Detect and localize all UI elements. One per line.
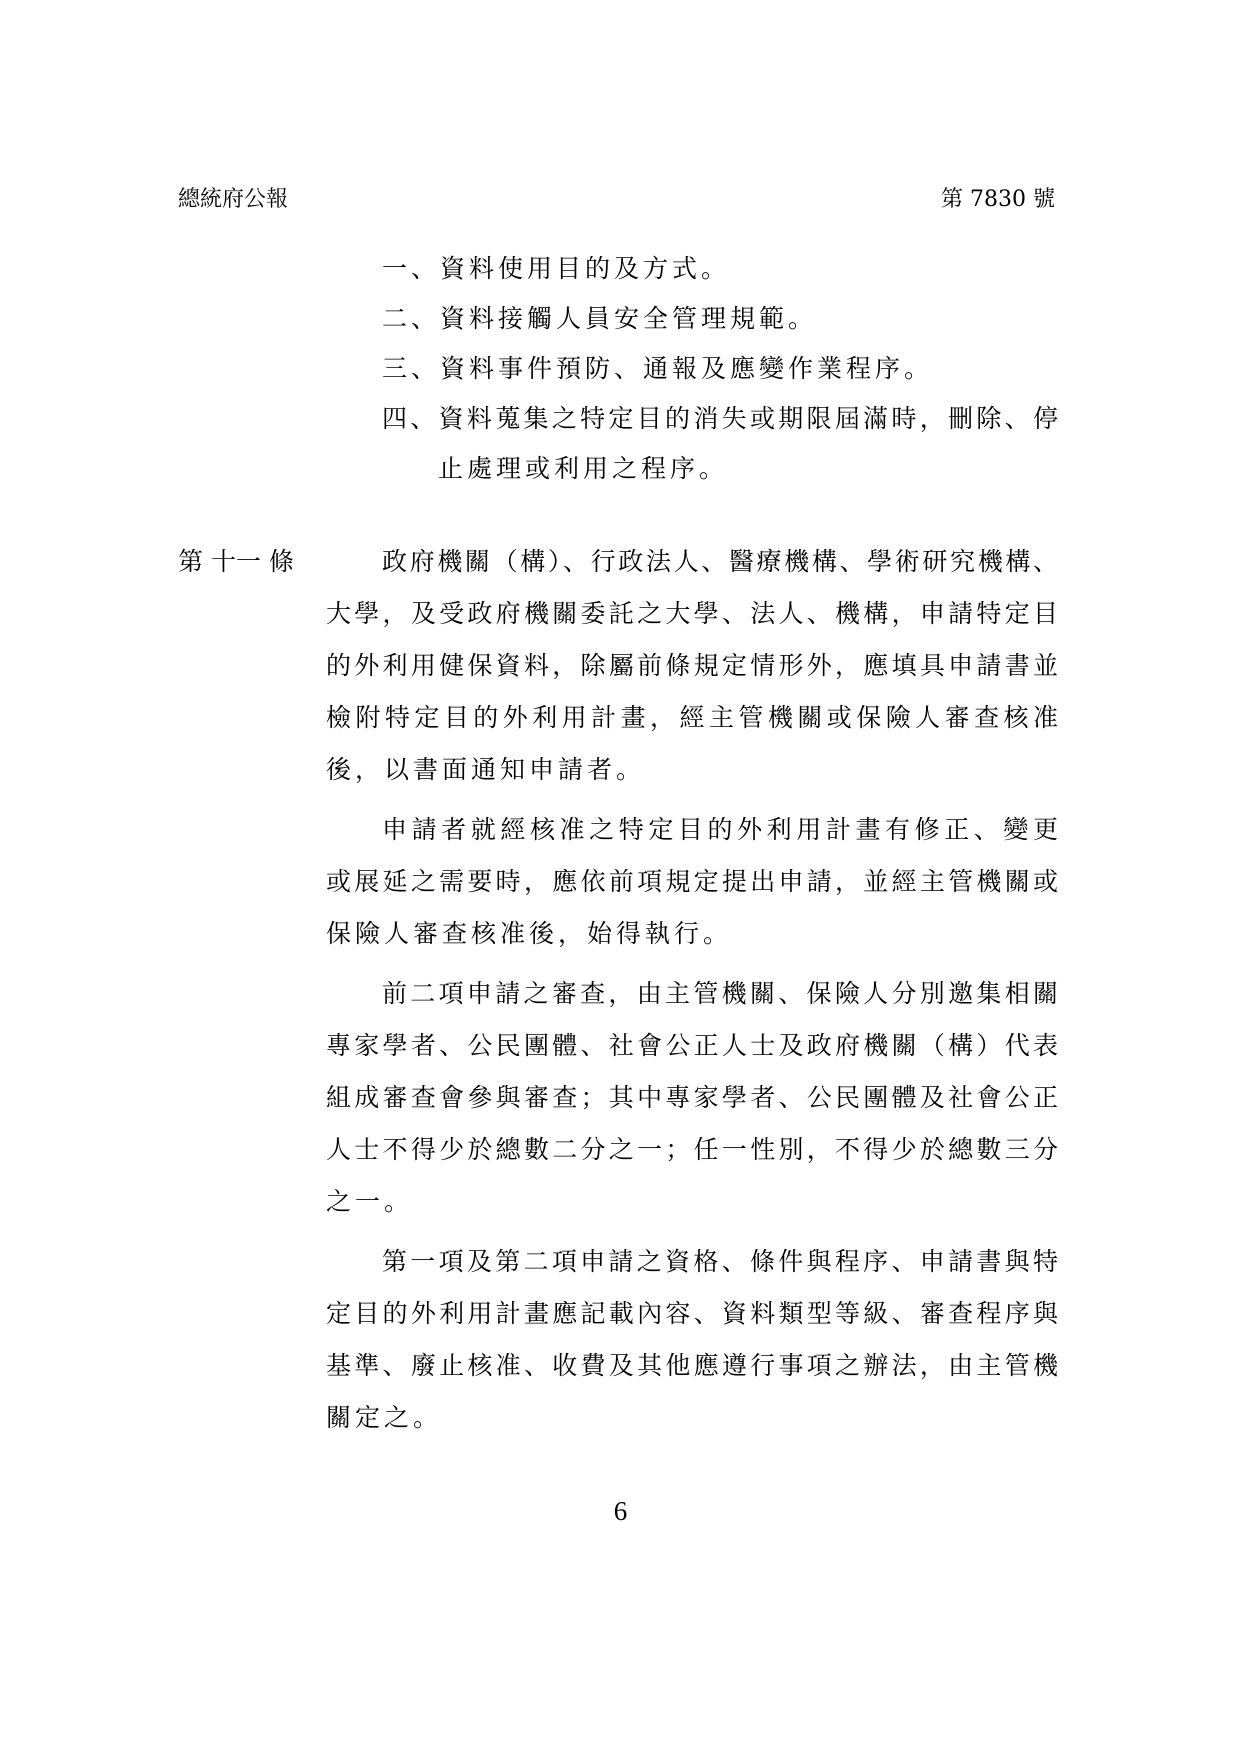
paragraph-line: 保險人審查核准後，始得執行。 bbox=[326, 917, 732, 951]
page-number: 6 bbox=[0, 1494, 1241, 1528]
paragraph-line: 前二項申請之審查，由主管機關、保險人分別邀集相關 bbox=[382, 977, 1058, 1011]
article-label: 第 十一 條 bbox=[178, 545, 294, 579]
paragraph-line: 政府機關（構）、行政法人、醫療機構、學術研究機構、 bbox=[382, 545, 1058, 579]
list-item-4: 四、資料蒐集之特定目的消失或期限屆滿時，刪除、停 bbox=[382, 402, 1058, 436]
paragraph-line: 基準、廢止核准、收費及其他應遵行事項之辦法，由主管機 bbox=[326, 1349, 1058, 1383]
paragraph-line: 之一。 bbox=[326, 1185, 413, 1219]
paragraph-line: 定目的外利用計畫應記載內容、資料類型等級、審查程序與 bbox=[326, 1297, 1058, 1331]
paragraph-line: 關定之。 bbox=[326, 1401, 442, 1435]
list-item-1: 一、資料使用目的及方式。 bbox=[382, 252, 958, 286]
paragraph-line: 大學，及受政府機關委託之大學、法人、機構，申請特定目 bbox=[326, 597, 1058, 631]
list-item-2: 二、資料接觸人員安全管理規範。 bbox=[382, 302, 958, 336]
paragraph-line: 第一項及第二項申請之資格、條件與程序、申請書與特 bbox=[382, 1245, 1058, 1279]
paragraph-line: 的外利用健保資料，除屬前條規定情形外，應填具申請書並 bbox=[326, 649, 1058, 683]
paragraph-line: 申請者就經核准之特定目的外利用計畫有修正、變更 bbox=[382, 813, 1058, 847]
paragraph-line: 人士不得少於總數二分之一；任一性別，不得少於總數三分 bbox=[326, 1133, 1058, 1167]
list-item-4-continuation: 止處理或利用之程序。 bbox=[438, 452, 728, 486]
paragraph-line: 後，以書面通知申請者。 bbox=[326, 753, 645, 787]
paragraph-line: 檢附特定目的外利用計畫，經主管機關或保險人審查核准 bbox=[326, 701, 1058, 735]
paragraph-line: 專家學者、公民團體、社會公正人士及政府機關（構）代表 bbox=[326, 1029, 1058, 1063]
publication-title: 總統府公報 bbox=[178, 186, 288, 214]
list-item-3: 三、資料事件預防、通報及應變作業程序。 bbox=[382, 352, 958, 386]
paragraph-line: 組成審查會參與審查；其中專家學者、公民團體及社會公正 bbox=[326, 1081, 1058, 1115]
issue-number: 第 7830 號 bbox=[941, 186, 1055, 214]
paragraph-line: 或展延之需要時，應依前項規定提出申請，並經主管機關或 bbox=[326, 865, 1058, 899]
